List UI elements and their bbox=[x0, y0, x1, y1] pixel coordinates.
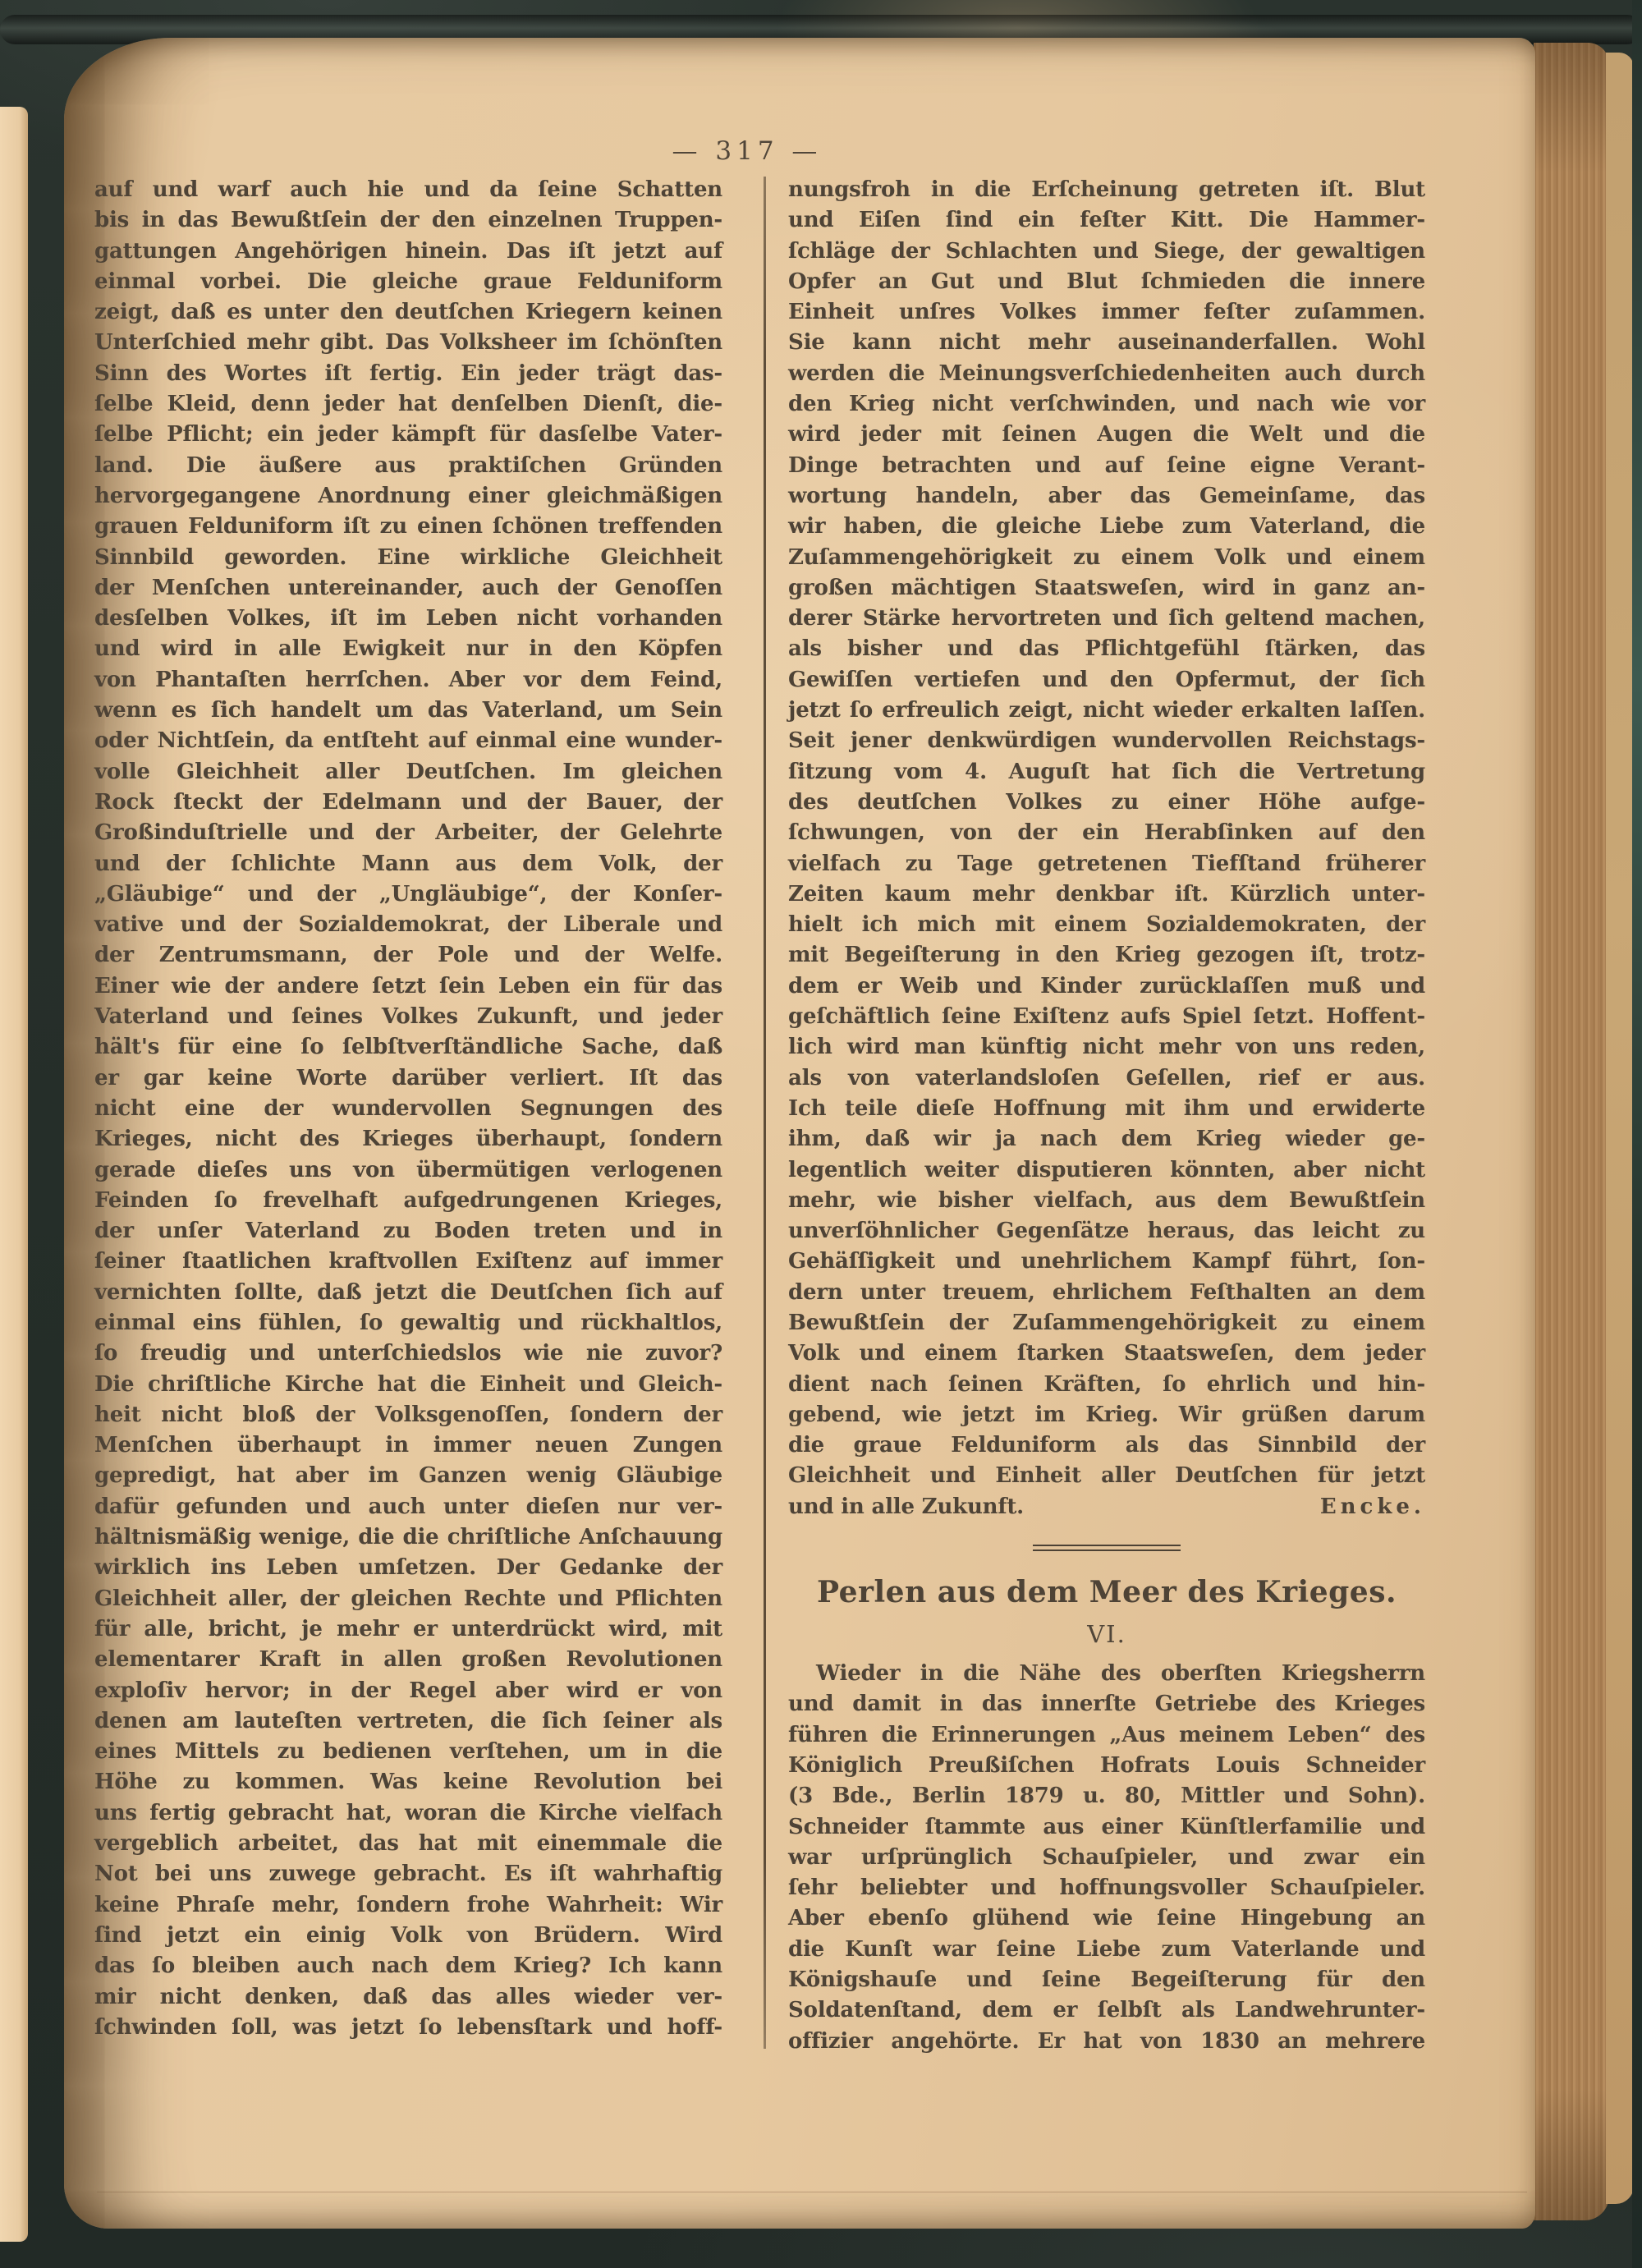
text-line: zeigt, daß es unter den deutſchen Kriege… bbox=[94, 297, 722, 328]
closing-line: und in alle Zukunft. Encke. bbox=[788, 1492, 1425, 1522]
text-line: mit Begeiſterung in den Krieg gezogen iſ… bbox=[788, 940, 1425, 971]
left-column: auf und warf auch hie und da ſeine Schat… bbox=[94, 175, 722, 2043]
text-line: und der ſchlichte Mann aus dem Volk, der bbox=[94, 849, 722, 879]
column-divider-rule bbox=[764, 177, 766, 2049]
text-line: Gleichheit und Einheit aller Deutſchen f… bbox=[788, 1461, 1425, 1491]
text-line: gepredigt, hat aber im Ganzen wenig Gläu… bbox=[94, 1461, 722, 1491]
text-line: Gleichheit aller, der gleichen Rechte un… bbox=[94, 1584, 722, 1614]
text-line: grauen Felduniform iſt zu einen ſchönen … bbox=[94, 512, 722, 542]
text-line: er gar keine Worte darüber verliert. Iſt… bbox=[94, 1063, 722, 1094]
closing-text: und in alle Zukunft. bbox=[788, 1492, 1024, 1522]
text-line: Not bei uns zuwege gebracht. Es iſt wahr… bbox=[94, 1859, 722, 1889]
text-line: Großinduſtrielle und der Arbeiter, der G… bbox=[94, 818, 722, 848]
text-line: Menſchen überhaupt in immer neuen Zungen bbox=[94, 1430, 722, 1461]
text-line: hielt ich mich mit einem Sozialdemokrate… bbox=[788, 910, 1425, 940]
text-line: legentlich weiter disputieren könnten, a… bbox=[788, 1155, 1425, 1186]
chapter-number: VI. bbox=[788, 1616, 1425, 1652]
text-line: wortung handeln, aber das Gemeinſame, da… bbox=[788, 481, 1425, 512]
text-line: wirklich ins Leben umſetzen. Der Gedanke… bbox=[94, 1553, 722, 1583]
text-line: hervorgegangene Anordnung einer gleichmä… bbox=[94, 481, 722, 512]
text-line: war urſprünglich Schauſpieler, und zwar … bbox=[788, 1843, 1425, 1873]
text-line: Opfer an Gut und Blut ſchmieden die inne… bbox=[788, 267, 1425, 297]
text-line: als von vaterlandsloſen Geſellen, rief e… bbox=[788, 1063, 1425, 1094]
text-line: heit nicht bloß der Volksgenoſſen, ſonde… bbox=[94, 1400, 722, 1430]
text-line: Gehäſſigkeit und unehrlichem Kampf führt… bbox=[788, 1246, 1425, 1277]
text-line: desſelben Volkes, iſt im Leben nicht vor… bbox=[94, 604, 722, 634]
text-line: Schneider ſtammte aus einer Künſtlerfami… bbox=[788, 1812, 1425, 1843]
text-line: exploſiv hervor; in der Regel aber wird … bbox=[94, 1676, 722, 1706]
text-line: Rock ſteckt der Edelmann und der Bauer, … bbox=[94, 787, 722, 818]
text-line: und Eiſen ſind ein feſter Kitt. Die Hamm… bbox=[788, 205, 1425, 236]
text-line: uns fertig gebracht hat, woran die Kirch… bbox=[94, 1798, 722, 1829]
text-line: ſo freudig und unterſchiedslos wie nie z… bbox=[94, 1338, 722, 1369]
text-line: einmal vorbei. Die gleiche graue Felduni… bbox=[94, 267, 722, 297]
text-line: einmal eins fühlen, ſo gewaltig und rück… bbox=[94, 1308, 722, 1338]
book-page: — 317 — auf und warf auch hie und da ſei… bbox=[64, 38, 1535, 2229]
text-line: als bisher und das Pflichtgefühl ſtärken… bbox=[788, 634, 1425, 664]
text-line: Zuſammengehörigkeit zu einem Volk und ei… bbox=[788, 543, 1425, 573]
right-column-text: nungsfroh in die Erſcheinung getreten iſ… bbox=[788, 175, 1425, 1492]
right-column: nungsfroh in die Erſcheinung getreten iſ… bbox=[788, 175, 1425, 2057]
text-line: für alle, bricht, je mehr er unterdrückt… bbox=[94, 1614, 722, 1645]
text-line: Feinden ſo frevelhaft aufgedrungenen Kri… bbox=[94, 1186, 722, 1216]
text-line: ſelbe Kleid, denn jeder hat denſelben Di… bbox=[94, 389, 722, 420]
text-line: Einheit unſres Volkes immer feſter zuſam… bbox=[788, 297, 1425, 328]
text-line: vernichten ſollte, daß jetzt die Deutſch… bbox=[94, 1278, 722, 1308]
text-line: land. Die äußere aus praktiſchen Gründen bbox=[94, 451, 722, 481]
text-line: Vaterland und ſeines Volkes Zukunft, und… bbox=[94, 1002, 722, 1032]
scanned-book-page: — 317 — auf und warf auch hie und da ſei… bbox=[0, 0, 1642, 2268]
text-line: Die chriſtliche Kirche hat die Einheit u… bbox=[94, 1370, 722, 1400]
text-line: Einer wie der andere ſetzt ſein Leben ei… bbox=[94, 971, 722, 1002]
text-line: der Zentrumsmann, der Pole und der Welfe… bbox=[94, 940, 722, 971]
text-line: jetzt ſo erfreulich zeigt, nicht wieder … bbox=[788, 696, 1425, 726]
text-line: Bewußtſein der Zuſammengehörigkeit zu ei… bbox=[788, 1308, 1425, 1338]
text-line: mehr, wie bisher vielfach, aus dem Bewuß… bbox=[788, 1186, 1425, 1216]
text-line: vergeblich arbeitet, das hat mit einemma… bbox=[94, 1829, 722, 1859]
text-line: wir haben, die gleiche Liebe zum Vaterla… bbox=[788, 512, 1425, 542]
text-line: Sie kann nicht mehr auseinanderfallen. W… bbox=[788, 328, 1425, 358]
text-line: nungsfroh in die Erſcheinung getreten iſ… bbox=[788, 175, 1425, 205]
text-line: wird jeder mit ſeinen Augen die Welt und… bbox=[788, 420, 1425, 450]
text-line: gerade dieſes uns von übermütigen verlog… bbox=[94, 1155, 722, 1186]
text-line: oder Nichtſein, da entſteht auf einmal e… bbox=[94, 726, 722, 756]
text-line: dient nach ſeinen Kräften, ſo ehrlich un… bbox=[788, 1370, 1425, 1400]
text-line: derer Stärke hervortreten und ſich gelte… bbox=[788, 604, 1425, 634]
text-line: denen am lauteſten vertreten, die ſich ſ… bbox=[94, 1706, 722, 1737]
text-line: unverſöhnlicher Gegenſätze heraus, das l… bbox=[788, 1216, 1425, 1246]
text-line: Gewiſſen vertiefen und den Opfermut, der… bbox=[788, 665, 1425, 696]
text-line: nicht eine der wundervollen Segnungen de… bbox=[94, 1094, 722, 1124]
facing-page-sliver bbox=[0, 107, 28, 2242]
text-line: elementarer Kraft in allen großen Revolu… bbox=[94, 1645, 722, 1675]
text-line: werden die Meinungsverſchiedenheiten auc… bbox=[788, 359, 1425, 389]
text-line: ſeiner ſtaatlichen kraftvollen Exiſtenz … bbox=[94, 1246, 722, 1277]
text-line: Dinge betrachten und auf ſeine eigne Ver… bbox=[788, 451, 1425, 481]
article-title: Perlen aus dem Meer des Krieges. bbox=[788, 1573, 1425, 1611]
text-line: Krieges, nicht des Krieges überhaupt, ſo… bbox=[94, 1124, 722, 1155]
text-line: ſitzung vom 4. Auguſt hat ſich die Vertr… bbox=[788, 757, 1425, 787]
text-line: lich wird man künftig nicht mehr von uns… bbox=[788, 1032, 1425, 1063]
page-edge-stack bbox=[1534, 43, 1609, 2220]
text-line: dafür gefunden und auch unter dieſen nur… bbox=[94, 1492, 722, 1522]
text-line: führen die Erinnerungen „Aus meinem Lebe… bbox=[788, 1720, 1425, 1751]
text-line: Wieder in die Nähe des oberſten Kriegshe… bbox=[788, 1659, 1425, 1689]
text-line: die Kunſt war ſeine Liebe zum Vaterlande… bbox=[788, 1935, 1425, 1965]
text-line: ſind jetzt ein einig Volk von Brüdern. W… bbox=[94, 1921, 722, 1951]
text-line: Unterſchied mehr gibt. Das Volksheer im … bbox=[94, 328, 722, 358]
author-signature: Encke. bbox=[1320, 1492, 1425, 1522]
text-line: gebend, wie jetzt im Krieg. Wir grüßen d… bbox=[788, 1400, 1425, 1430]
text-line: volle Gleichheit aller Deutſchen. Im gle… bbox=[94, 757, 722, 787]
text-line: eines Mittels zu bedienen verſtehen, um … bbox=[94, 1737, 722, 1767]
text-line: Königshauſe und ſeine Begeiſterung für d… bbox=[788, 1965, 1425, 1995]
page-number: — 317 — bbox=[94, 136, 1400, 166]
text-line: auf und warf auch hie und da ſeine Schat… bbox=[94, 175, 722, 205]
text-line: und wird in alle Ewigkeit nur in den Köp… bbox=[94, 634, 722, 664]
text-line: dem er Weib und Kinder zurücklaſſen muß … bbox=[788, 971, 1425, 1002]
text-line: der unſer Vaterland zu Boden treten und … bbox=[94, 1216, 722, 1246]
text-line: und damit in das innerſte Getriebe des K… bbox=[788, 1689, 1425, 1719]
text-line: ſehr beliebter und hoffnungsvoller Schau… bbox=[788, 1873, 1425, 1903]
text-line: Sinn des Wortes iſt fertig. Ein jeder tr… bbox=[94, 359, 722, 389]
text-line: Zeiten kaum mehr denkbar iſt. Kürzlich u… bbox=[788, 879, 1425, 910]
text-line: Sinnbild geworden. Eine wirkliche Gleich… bbox=[94, 543, 722, 573]
text-line: Ich teile dieſe Hoffnung mit ihm und erw… bbox=[788, 1094, 1425, 1124]
text-line: keine Phraſe mehr, ſondern frohe Wahrhei… bbox=[94, 1890, 722, 1921]
text-line: Soldatenſtand, dem er ſelbſt als Landweh… bbox=[788, 1995, 1425, 2026]
text-line: dern unter treuem, ehrlichem Feſthalten … bbox=[788, 1278, 1425, 1308]
text-line: Volk und einem ſtarken Staatsweſen, dem … bbox=[788, 1338, 1425, 1369]
text-line: der Menſchen untereinander, auch der Gen… bbox=[94, 573, 722, 604]
text-line: ſchwinden ſoll, was jetzt ſo lebensſtark… bbox=[94, 2013, 722, 2043]
text-line: vative und der Sozialdemokrat, der Liber… bbox=[94, 910, 722, 940]
text-line: Aber ebenſo glühend wie ſeine Hingebung … bbox=[788, 1903, 1425, 1934]
text-line: den Krieg nicht verſchwinden, und nach w… bbox=[788, 389, 1425, 420]
text-line: das ſo bleiben auch nach dem Krieg? Ich … bbox=[94, 1951, 722, 1981]
text-line: Höhe zu kommen. Was keine Revolution bei bbox=[94, 1767, 722, 1797]
text-line: ſchwungen, von der ein Herabſinken auf d… bbox=[788, 818, 1425, 848]
section-divider-rule bbox=[1033, 1545, 1181, 1551]
text-line: von Phantaſten herrſchen. Aber vor dem F… bbox=[94, 665, 722, 696]
text-line: „Gläubige“ und der „Ungläubige“, der Kon… bbox=[94, 879, 722, 910]
text-line: gattungen Angehörigen hinein. Das iſt je… bbox=[94, 236, 722, 267]
article2-text: Wieder in die Nähe des oberſten Kriegshe… bbox=[788, 1659, 1425, 2057]
text-line: (3 Bde., Berlin 1879 u. 80, Mittler und … bbox=[788, 1781, 1425, 1811]
text-line: mir nicht denken, daß das alles wieder v… bbox=[94, 1982, 722, 2013]
text-line: offizier angehörte. Er hat von 1830 an m… bbox=[788, 2027, 1425, 2057]
text-line: großen mächtigen Staatsweſen, wird in ga… bbox=[788, 573, 1425, 604]
text-line: Königlich Preußiſchen Hofrats Louis Schn… bbox=[788, 1751, 1425, 1781]
text-line: hältnismäßig wenige, die die chriſtliche… bbox=[94, 1522, 722, 1553]
page-edge-stack-light bbox=[1606, 53, 1634, 2204]
text-line: die graue Felduniform als das Sinnbild d… bbox=[788, 1430, 1425, 1461]
text-line: ihm, daß wir ja nach dem Krieg wieder ge… bbox=[788, 1124, 1425, 1155]
text-line: ſelbe Pflicht; ein jeder kämpft für dasſ… bbox=[94, 420, 722, 450]
text-line: hält's für eine ſo ſelbſtverſtändliche S… bbox=[94, 1032, 722, 1063]
text-line: wenn es ſich handelt um das Vaterland, u… bbox=[94, 696, 722, 726]
text-line: Seit jener denkwürdigen wundervollen Rei… bbox=[788, 726, 1425, 756]
text-block: — 317 — auf und warf auch hie und da ſei… bbox=[94, 38, 1400, 2229]
cover-right-edge bbox=[1632, 0, 1642, 2268]
text-line: bis in das Bewußtſein der den einzelnen … bbox=[94, 205, 722, 236]
text-line: geſchäftlich ſeine Exiſtenz aufs Spiel ſ… bbox=[788, 1002, 1425, 1032]
text-line: des deutſchen Volkes zu einer Höhe aufge… bbox=[788, 787, 1425, 818]
text-line: ſchläge der Schlachten und Siege, der ge… bbox=[788, 236, 1425, 267]
text-line: vielfach zu Tage getretenen Tiefſtand fr… bbox=[788, 849, 1425, 879]
